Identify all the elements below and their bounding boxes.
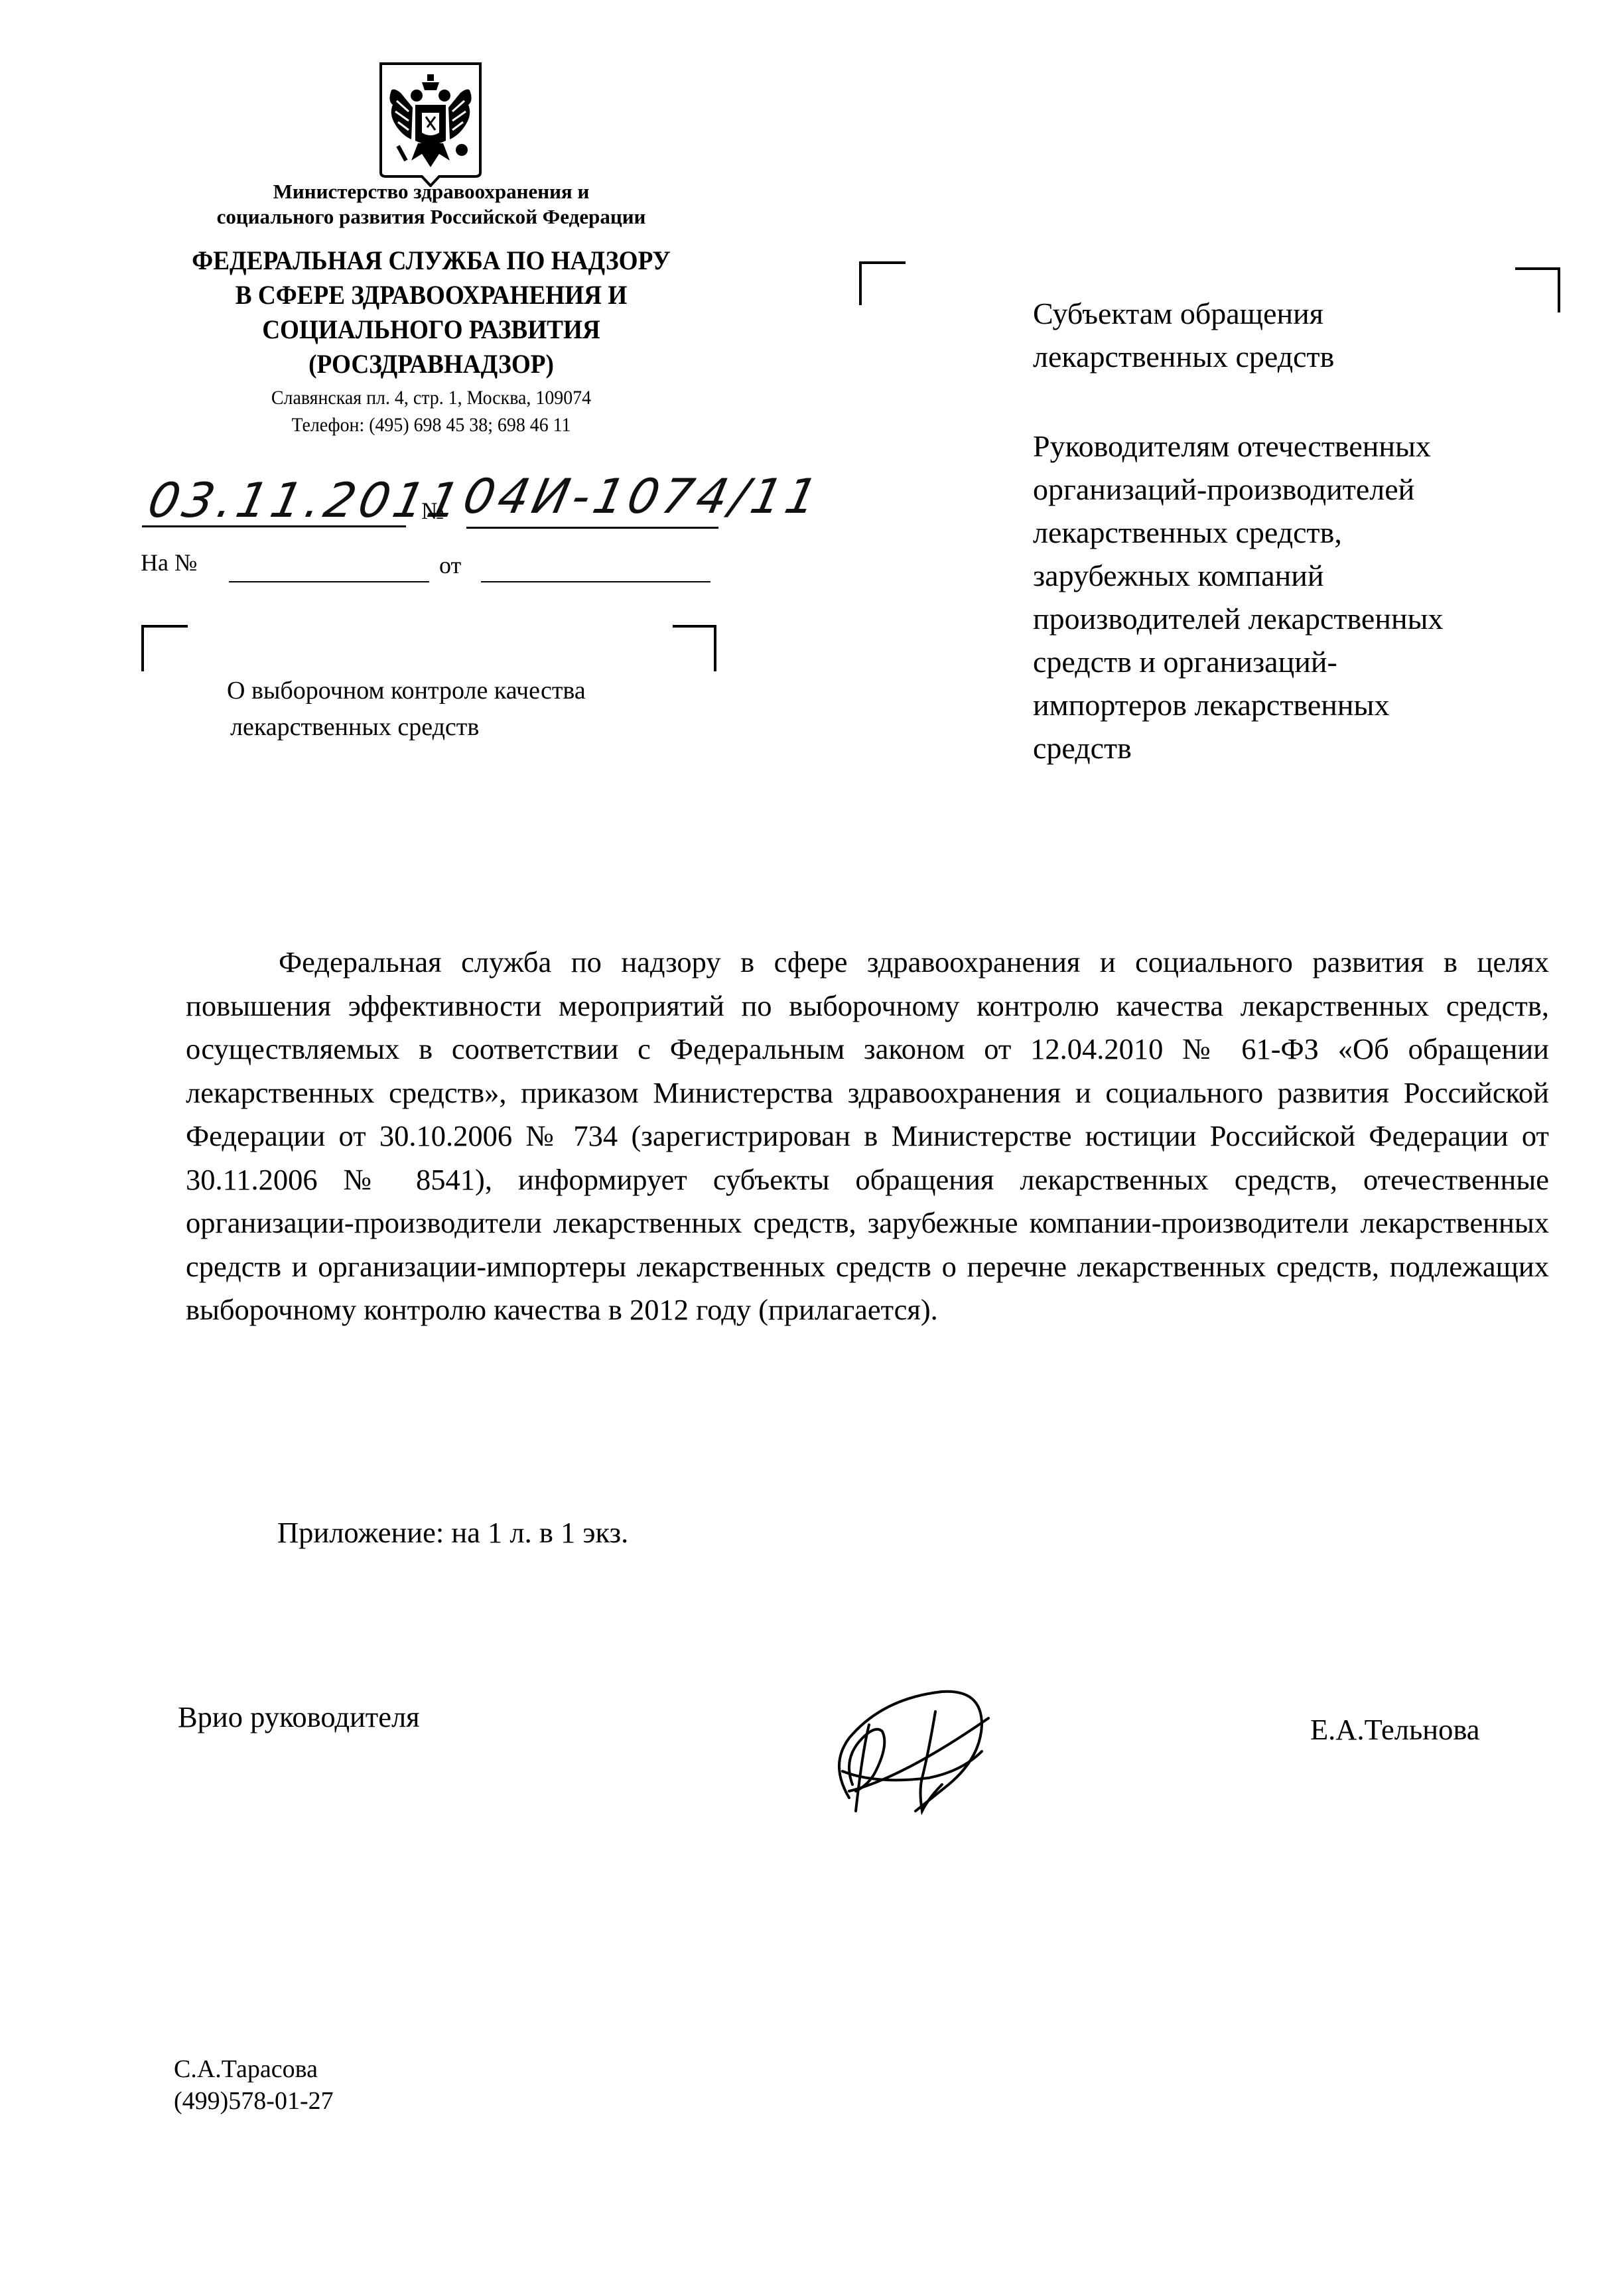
executor-phone: (499)578-01-27 [174, 2085, 334, 2117]
addressee-group2: Руководителям отечественных организаций-… [1033, 425, 1443, 770]
service-name-line2: В СФЕРЕ ЗДРАВООХРАНЕНИЯ И [147, 282, 715, 308]
service-phone: Телефон: (495) 698 45 38; 698 46 11 [147, 415, 715, 435]
subject-bracket-left [141, 625, 188, 671]
addressee-line: лекарственных средств [1033, 335, 1334, 378]
attachment-note: Приложение: на 1 л. в 1 экз. [277, 1518, 628, 1548]
document-date: 03.11.2011 [144, 476, 468, 524]
date-underline [142, 525, 406, 527]
from-underline [481, 581, 710, 582]
executor-name: С.А.Тарасова [174, 2053, 334, 2085]
executor-block: С.А.Тарасова (499)578-01-27 [174, 2053, 334, 2117]
addressee-line: лекарственных средств, [1033, 511, 1443, 554]
addressee-group1: Субъектам обращения лекарственных средст… [1033, 292, 1334, 378]
subject-line1: О выборочном контроле качества [227, 670, 586, 711]
addressee-line: производителей лекарственных [1033, 597, 1443, 640]
reply-to-label: На № [141, 551, 197, 574]
number-sign: № [421, 499, 444, 523]
service-name-line4: (РОСЗДРАВНАДЗОР) [147, 351, 715, 377]
addressee-bracket-right [1515, 267, 1560, 312]
subject-bracket-right [673, 625, 716, 671]
signature-icon [823, 1685, 1061, 1824]
ministry-name-line1: Министерство здравоохранения и [126, 181, 736, 202]
addressee-bracket-left [859, 261, 906, 305]
service-name-line3: СОЦИАЛЬНОГО РАЗВИТИЯ [147, 316, 715, 343]
addressee-line: зарубежных компаний [1033, 554, 1443, 597]
ministry-name-line2: социального развития Российской Федераци… [126, 206, 736, 227]
subject-line2: лекарственных средств [230, 707, 479, 748]
coat-of-arms-icon [378, 61, 483, 187]
service-address: Славянская пл. 4, стр. 1, Москва, 109074 [147, 388, 715, 408]
number-underline [466, 527, 718, 529]
signatory-position: Врио руководителя [178, 1702, 420, 1732]
addressee-line: организаций-производителей [1033, 468, 1443, 511]
addressee-line: импортеров лекарственных [1033, 683, 1443, 726]
service-name-line1: ФЕДЕРАЛЬНАЯ СЛУЖБА ПО НАДЗОРУ [147, 247, 715, 274]
from-label: от [439, 553, 461, 577]
document-number: 04И-1074/11 [459, 472, 825, 520]
signatory-name: Е.А.Тельнова [1310, 1715, 1480, 1745]
reply-to-underline [229, 581, 429, 582]
addressee-line: средств [1033, 726, 1443, 770]
addressee-line: средств и организаций- [1033, 640, 1443, 683]
body-paragraph: Федеральная служба по надзору в сфере зд… [186, 941, 1549, 1332]
addressee-line: Субъектам обращения [1033, 292, 1334, 335]
addressee-line: Руководителям отечественных [1033, 425, 1443, 468]
